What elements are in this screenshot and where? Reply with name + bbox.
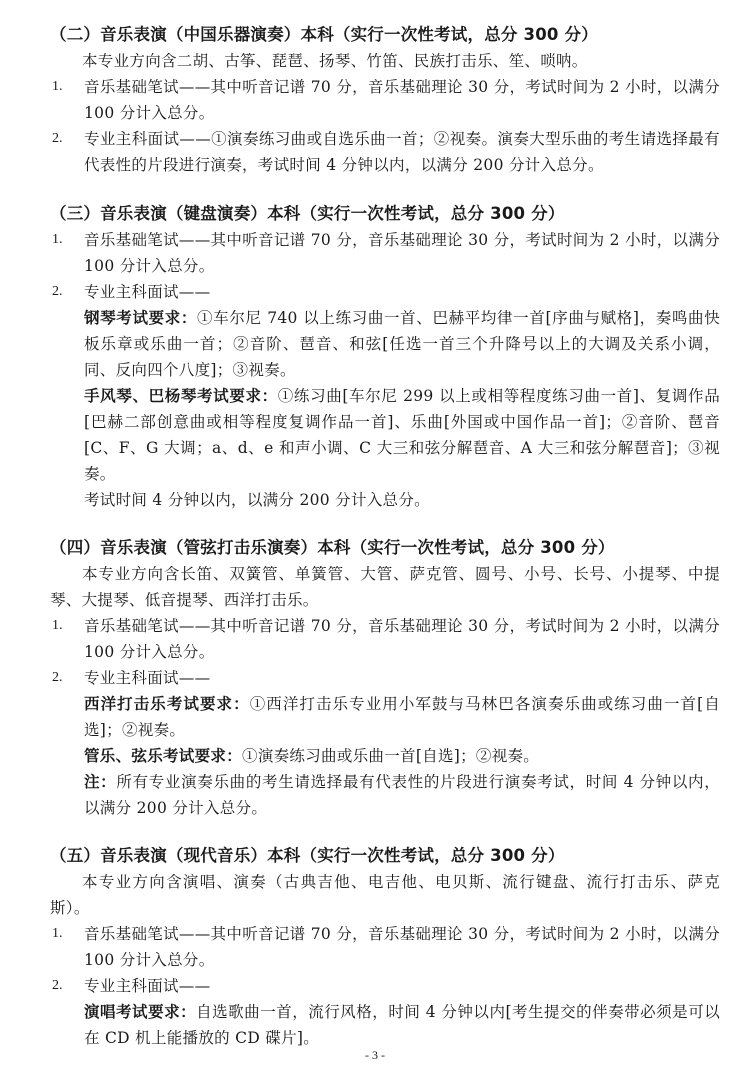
section-heading: （四）音乐表演（管弦打击乐演奏）本科（实行一次性考试，总分 300 分）	[50, 535, 720, 561]
requirement-label: 演唱考试要求：	[84, 1003, 196, 1021]
list-number: 2.	[52, 665, 63, 691]
section-heading: （五）音乐表演（现代音乐）本科（实行一次性考试，总分 300 分）	[50, 843, 720, 869]
list-item: 1. 音乐基础笔试——其中听音记谱 70 分，音乐基础理论 30 分，考试时间为…	[50, 613, 720, 665]
requirement-percussion: 西洋打击乐考试要求：①西洋打击乐专业用小军鼓与马林巴各演奏乐曲或练习曲一首[自选…	[50, 691, 720, 743]
requirement-time: 考试时间 4 分钟以内，以满分 200 分计入总分。	[50, 487, 720, 513]
list-item-text: 音乐基础笔试——其中听音记谱 70 分，音乐基础理论 30 分，考试时间为 2 …	[84, 921, 720, 973]
requirement-label: 西洋打击乐考试要求：	[84, 695, 250, 713]
list-item: 1. 音乐基础笔试——其中听音记谱 70 分，音乐基础理论 30 分，考试时间为…	[50, 921, 720, 973]
list-number: 1.	[52, 227, 63, 253]
requirement-label: 手风琴、巴杨琴考试要求：	[84, 387, 278, 405]
requirement-text: 所有专业演奏乐曲的考生请选择最有代表性的片段进行演奏考试，时间 4 分钟以内，以…	[84, 773, 720, 817]
requirement-vocal: 演唱考试要求：自选歌曲一首，流行风格，时间 4 分钟以内[考生提交的伴奏带必须是…	[50, 999, 720, 1051]
requirement-note: 注：所有专业演奏乐曲的考生请选择最有代表性的片段进行演奏考试，时间 4 分钟以内…	[50, 769, 720, 821]
section-intro: 本专业方向含演唱、演奏（古典吉他、电吉他、电贝斯、流行键盘、流行打击乐、萨克斯）…	[50, 869, 720, 921]
requirement-accordion: 手风琴、巴杨琴考试要求：①练习曲[车尔尼 299 以上或相等程度练习曲一首]、复…	[50, 383, 720, 487]
section-intro: 本专业方向含长笛、双簧管、单簧管、大管、萨克管、圆号、小号、长号、小提琴、中提琴…	[50, 561, 720, 613]
requirement-piano: 钢琴考试要求：①车尔尼 740 以上练习曲一首、巴赫平均律一首[序曲与赋格]，奏…	[50, 305, 720, 383]
requirement-text: 考试时间 4 分钟以内，以满分 200 分计入总分。	[84, 491, 430, 509]
list-number: 1.	[52, 74, 63, 100]
list-item: 2. 专业主科面试——	[50, 973, 720, 999]
requirement-label: 注：	[84, 773, 116, 791]
list-item: 2. 专业主科面试——	[50, 665, 720, 691]
list-item-text: 音乐基础笔试——其中听音记谱 70 分，音乐基础理论 30 分，考试时间为 2 …	[84, 613, 720, 665]
list-number: 2.	[52, 973, 63, 999]
list-item: 1. 音乐基础笔试——其中听音记谱 70 分，音乐基础理论 30 分，考试时间为…	[50, 74, 720, 126]
section-keyboard: （三）音乐表演（键盘演奏）本科（实行一次性考试，总分 300 分） 1. 音乐基…	[50, 201, 720, 513]
list-item-text: 音乐基础笔试——其中听音记谱 70 分，音乐基础理论 30 分，考试时间为 2 …	[84, 74, 720, 126]
page-number: - 3 -	[0, 1048, 750, 1063]
list-item: 2. 专业主科面试——	[50, 279, 720, 305]
document-page: （二）音乐表演（中国乐器演奏）本科（实行一次性考试，总分 300 分） 本专业方…	[0, 0, 750, 1077]
section-orchestral: （四）音乐表演（管弦打击乐演奏）本科（实行一次性考试，总分 300 分） 本专业…	[50, 535, 720, 821]
section-chinese-instruments: （二）音乐表演（中国乐器演奏）本科（实行一次性考试，总分 300 分） 本专业方…	[50, 22, 720, 178]
section-modern-music: （五）音乐表演（现代音乐）本科（实行一次性考试，总分 300 分） 本专业方向含…	[50, 843, 720, 1051]
list-number: 1.	[52, 921, 63, 947]
requirement-winds-strings: 管乐、弦乐考试要求：①演奏练习曲或乐曲一首[自选]；②视奏。	[50, 743, 720, 769]
list-item-text: 音乐基础笔试——其中听音记谱 70 分，音乐基础理论 30 分，考试时间为 2 …	[84, 227, 720, 279]
list-number: 1.	[52, 613, 63, 639]
requirement-label: 管乐、弦乐考试要求：	[84, 747, 242, 765]
section-intro: 本专业方向含二胡、古筝、琵琶、扬琴、竹笛、民族打击乐、笙、唢呐。	[50, 48, 720, 74]
list-item: 1. 音乐基础笔试——其中听音记谱 70 分，音乐基础理论 30 分，考试时间为…	[50, 227, 720, 279]
list-item-text: 专业主科面试——	[84, 665, 720, 691]
list-number: 2.	[52, 126, 63, 152]
list-item: 2. 专业主科面试——①演奏练习曲或自选乐曲一首；②视奏。演奏大型乐曲的考生请选…	[50, 126, 720, 178]
list-number: 2.	[52, 279, 63, 305]
list-item-text: 专业主科面试——	[84, 279, 720, 305]
list-item-text: 专业主科面试——	[84, 973, 720, 999]
section-heading: （二）音乐表演（中国乐器演奏）本科（实行一次性考试，总分 300 分）	[50, 22, 720, 48]
requirement-text: ①演奏练习曲或乐曲一首[自选]；②视奏。	[242, 747, 539, 765]
list-item-text: 专业主科面试——①演奏练习曲或自选乐曲一首；②视奏。演奏大型乐曲的考生请选择最有…	[84, 126, 720, 178]
requirement-label: 钢琴考试要求：	[84, 309, 197, 327]
section-heading: （三）音乐表演（键盘演奏）本科（实行一次性考试，总分 300 分）	[50, 201, 720, 227]
